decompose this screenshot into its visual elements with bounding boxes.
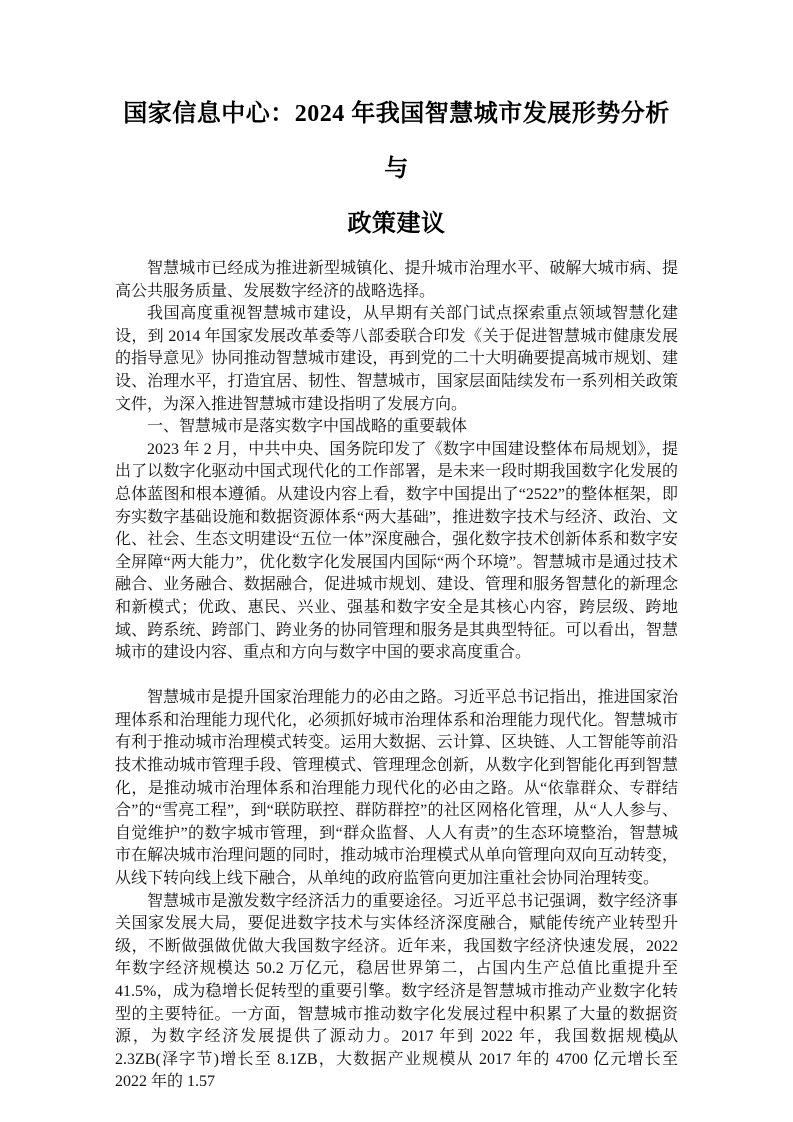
section-1-paragraph-3: 智慧城市是激发数字经济活力的重要途径。习近平总书记强调，数字经济事关国家发展大局…: [115, 891, 678, 1094]
document-page: 国家信息中心：2024 年我国智慧城市发展形势分析与 政策建议 智慧城市已经成为…: [0, 0, 793, 1122]
page-number: -1-: [653, 1032, 669, 1048]
title-line-1: 国家信息中心：2024 年我国智慧城市发展形势分析与: [115, 87, 678, 197]
intro-paragraph-1: 智慧城市已经成为推进新型城镇化、提升城市治理水平、破解大城市病、提高公共服务质量…: [115, 258, 678, 303]
section-1-paragraph-1: 2023 年 2 月，中共中央、国务院印发了《数字中国建设整体布局规划》，提出了…: [115, 439, 678, 665]
blank-line: [115, 665, 678, 688]
section-1-paragraph-2: 智慧城市是提升国家治理能力的必由之路。习近平总书记指出，推进国家治理体系和治理能…: [115, 687, 678, 890]
document-title: 国家信息中心：2024 年我国智慧城市发展形势分析与 政策建议: [115, 87, 678, 252]
section-1-heading: 一、智慧城市是落实数字中国战略的重要载体: [115, 416, 678, 439]
title-line-2: 政策建议: [115, 197, 678, 252]
intro-paragraph-2: 我国高度重视智慧城市建设，从早期有关部门试点探索重点领域智慧化建设，到 2014…: [115, 303, 678, 416]
document-content: 国家信息中心：2024 年我国智慧城市发展形势分析与 政策建议 智慧城市已经成为…: [115, 87, 678, 1094]
